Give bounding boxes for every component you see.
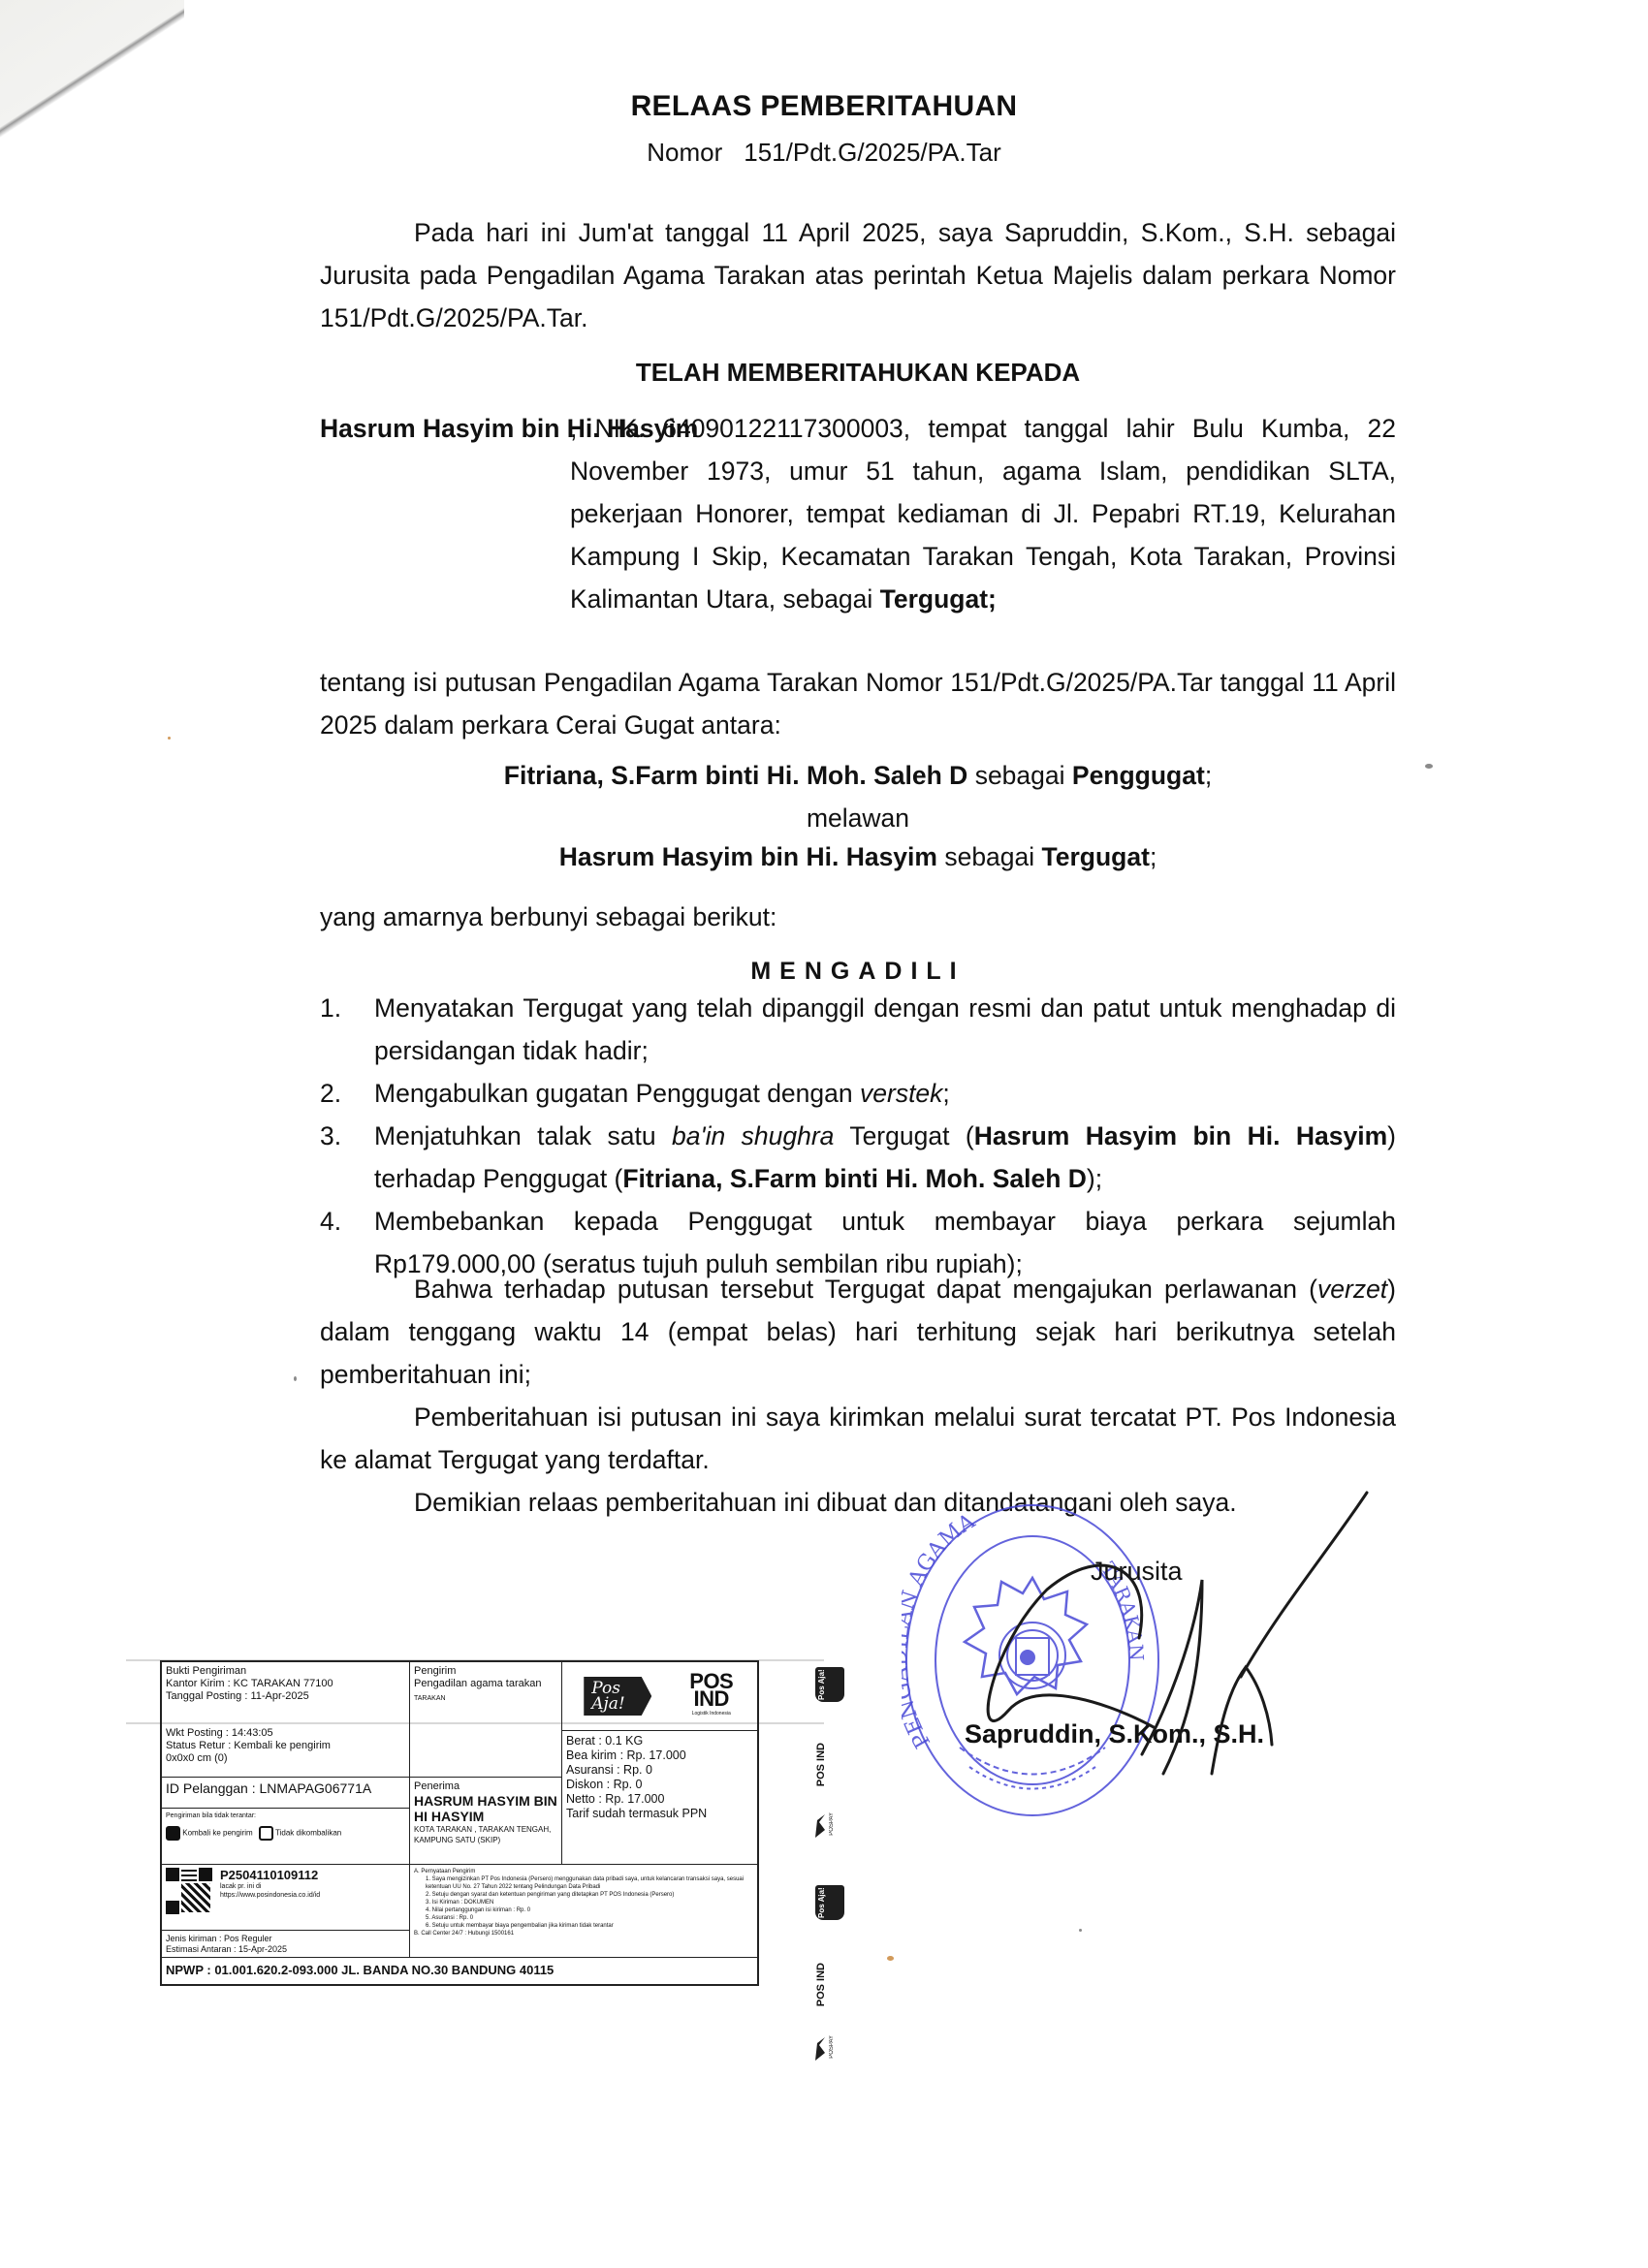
- ruling-bold-name: Fitriana, S.Farm binti Hi. Moh. Saleh D: [622, 1164, 1087, 1193]
- qr-code-icon: [166, 1868, 212, 1914]
- receipt-statement: 5. Asuransi : Rp. 0: [426, 1914, 753, 1922]
- checkbox-empty-icon: [259, 1826, 273, 1841]
- ruling-text-part: Menjatuhkan talak satu: [374, 1121, 672, 1150]
- receipt-tariff-note: Tarif sudah termasuk PPN: [566, 1807, 753, 1821]
- receipt-insurance: Asuransi : Rp. 0: [566, 1763, 753, 1778]
- defendant-role: Tergugat: [1042, 842, 1150, 871]
- scan-speck: [294, 1376, 297, 1381]
- receipt-costs: Berat : 0.1 KG Bea kirim : Rp. 17.000 As…: [561, 1730, 757, 1864]
- rulings-list: 1. Menyatakan Tergugat yang telah dipang…: [320, 987, 1396, 1285]
- receipt-shipping-fee: Bea kirim : Rp. 17.000: [566, 1748, 753, 1763]
- receipt-statements: A. Pernyataan Pengirim 1. Saya mengizink…: [409, 1864, 757, 1957]
- receipt-call-center: B. Call Center 24/7 : Hubungi 1500161: [414, 1930, 753, 1937]
- receipt-statement: 3. Isi Kiriman : DOKUMEN: [426, 1899, 753, 1906]
- ruling-number: 2.: [320, 1072, 374, 1115]
- receipt-sender-city: TARAKAN: [414, 1694, 557, 1703]
- verzet-paragraph: Bahwa terhadap putusan tersebut Tergugat…: [320, 1268, 1396, 1396]
- receipt-kantor-kirim: Kantor Kirim : KC TARAKAN 77100: [166, 1678, 405, 1690]
- handwritten-signature: [911, 1483, 1377, 1793]
- receipt-statement: 1. Saya mengizinkan PT Pos Indonesia (Pe…: [426, 1875, 753, 1891]
- plaintiff-role: Penggugat: [1072, 761, 1205, 790]
- receipt-sender-office: Bukti Pengiriman Kantor Kirim : KC TARAK…: [162, 1662, 409, 1724]
- receipt-customer-id: ID Pelanggan : LNMAPAG06771A: [162, 1777, 409, 1808]
- ruling-text: Menyatakan Tergugat yang telah dipanggil…: [374, 987, 1396, 1072]
- verzet-text: Bahwa terhadap putusan tersebut Tergugat…: [414, 1275, 1317, 1304]
- versus-label: melawan: [320, 797, 1396, 839]
- recipient-block: Hasrum Hasyim bin Hi. Hasyim , NIK. 6409…: [320, 407, 1396, 620]
- pos-ind-logo: POS IND: [687, 1673, 736, 1708]
- scan-speck: [1079, 1929, 1082, 1932]
- receipt-jenis-kiriman: Jenis kiriman : Pos Reguler: [166, 1934, 405, 1944]
- ruling-item: 3. Menjatuhkan talak satu ba'in shughra …: [320, 1115, 1396, 1200]
- about-paragraph: tentang isi putusan Pengadilan Agama Tar…: [320, 661, 1396, 746]
- receipt-tracking: P2504110109112 lacak pr. ini di https://…: [162, 1864, 409, 1930]
- delivery-paragraph: Pemberitahuan isi putusan ini saya kirim…: [320, 1396, 1396, 1481]
- receipt-net: Netto : Rp. 17.000: [566, 1792, 753, 1807]
- pospay-label: POSPAY: [829, 1812, 835, 1836]
- defendant-name: Hasrum Hasyim bin Hi. Hasyim: [559, 842, 937, 871]
- receipt-npwp: NPWP : 01.001.620.2-093.000 JL. BANDA NO…: [162, 1957, 757, 1984]
- ruling-text-part: ;: [942, 1079, 949, 1108]
- case-number-label: Nomor: [647, 138, 722, 167]
- recipient-details: , NIK. 64090122117300003, tempat tanggal…: [570, 407, 1396, 620]
- plaintiff-name: Fitriana, S.Farm binti Hi. Moh. Saleh D: [504, 761, 968, 790]
- pos-ind-logo: POS IND: [815, 1963, 827, 2006]
- case-number-value: 151/Pdt.G/2025/PA.Tar: [744, 138, 1000, 167]
- pos-logo-strip: Pos Aja! POS IND POSPAY Pos Aja! POS IND…: [808, 1667, 856, 2113]
- receipt-dimensions: 0x0x0 cm (0): [166, 1752, 405, 1765]
- ruling-text-part: Tergugat (: [834, 1121, 973, 1150]
- receipt-posting-info: Wkt Posting : 14:43:05 Status Retur : Ke…: [162, 1724, 409, 1777]
- ruling-text-part: );: [1087, 1164, 1102, 1193]
- receipt-header-title: Bukti Pengiriman: [166, 1665, 405, 1678]
- plaintiff-end: ;: [1205, 761, 1212, 790]
- checkbox-checked-icon: [166, 1826, 180, 1841]
- amar-intro: yang amarnya berbunyi sebagai berikut:: [320, 896, 1396, 938]
- notified-heading: TELAH MEMBERITAHUKAN KEPADA: [320, 351, 1396, 394]
- receipt-recipient: Penerima HASRUM HASYIM BIN HI HASYIM KOT…: [409, 1777, 561, 1864]
- pos-aja-logo: Pos Aja!: [815, 1667, 844, 1702]
- receipt-logos: Pos Aja! POS IND Logistik Indonesia: [561, 1662, 757, 1730]
- document-title: RELAAS PEMBERITAHUAN: [0, 90, 1648, 123]
- ruling-italic-term: ba'in shughra: [672, 1121, 834, 1150]
- ruling-bold-name: Hasrum Hasyim bin Hi. Hasyim: [974, 1121, 1387, 1150]
- receipt-statement: 2. Setuju dengan syarat dan ketentuan pe…: [426, 1891, 753, 1899]
- receipt-recipient-name: HASRUM HASYIM BIN HI HASYIM: [414, 1793, 557, 1824]
- pos-aja-logo: Pos Aja!: [584, 1677, 651, 1716]
- scan-speck: [887, 1956, 894, 1961]
- folded-corner: [0, 0, 184, 145]
- receipt-recipient-label: Penerima: [414, 1780, 557, 1793]
- receipt-status-retur: Status Retur : Kembali ke pengirim: [166, 1740, 405, 1752]
- plaintiff-as: sebagai: [967, 761, 1072, 790]
- recipient-name: Hasrum Hasyim bin Hi. Hasyim: [320, 407, 570, 620]
- receipt-tanggal-posting: Tanggal Posting : 11-Apr-2025: [166, 1690, 405, 1703]
- postal-receipt: Bukti Pengiriman Kantor Kirim : KC TARAK…: [160, 1660, 759, 1986]
- pospay-logo: POSPAY: [813, 1812, 827, 1844]
- receipt-recipient-address: KOTA TARAKAN , TARAKAN TENGAH, KAMPUNG S…: [414, 1824, 557, 1845]
- receipt-statement: 6. Setuju untuk membayar biaya pengembal…: [426, 1922, 753, 1930]
- pospay-label: POSPAY: [829, 2035, 835, 2059]
- receipt-sender-label: Pengirim: [414, 1665, 557, 1678]
- pospay-leaf-icon: [813, 1812, 827, 1840]
- pospay-leaf-icon: [813, 2035, 827, 2063]
- ruling-text: Mengabulkan gugatan Penggugat dengan ver…: [374, 1072, 1396, 1115]
- receipt-tracking-url: https://www.posindonesia.co.id/id: [220, 1891, 320, 1900]
- pospay-logo: POSPAY: [813, 2035, 827, 2067]
- plaintiff-line: Fitriana, S.Farm binti Hi. Moh. Saleh D …: [320, 754, 1396, 797]
- scan-speck: [168, 737, 171, 740]
- receipt-statement: 4. Nilai pertanggungan isi kiriman : Rp.…: [426, 1906, 753, 1914]
- opening-paragraph: Pada hari ini Jum'at tanggal 11 April 20…: [320, 211, 1396, 339]
- defendant-as: sebagai: [937, 842, 1042, 871]
- receipt-tracking-number: P2504110109112: [220, 1868, 320, 1882]
- receipt-estimasi: Estimasi Antaran : 15-Apr-2025: [166, 1944, 405, 1955]
- ruling-text-part: Mengabulkan gugatan Penggugat dengan: [374, 1079, 860, 1108]
- receipt-tracking-note: lacak pr. ini di: [220, 1882, 320, 1891]
- pos-ind-tagline: Logistik Indonesia: [687, 1708, 736, 1720]
- receipt-option-return: Kombali ke pengirim: [182, 1829, 252, 1838]
- ruling-number: 3.: [320, 1115, 374, 1200]
- pos-ind-logo: POS IND: [815, 1743, 827, 1786]
- recipient-role: Tergugat;: [880, 584, 997, 614]
- defendant-line: Hasrum Hasyim bin Hi. Hasyim sebagai Ter…: [320, 835, 1396, 878]
- verzet-term: verzet: [1317, 1275, 1387, 1304]
- defendant-end: ;: [1150, 842, 1157, 871]
- ruling-text: Menjatuhkan talak satu ba'in shughra Ter…: [374, 1115, 1396, 1200]
- ruling-italic-term: verstek: [860, 1079, 942, 1108]
- pos-aja-logo: Pos Aja!: [815, 1885, 844, 1920]
- case-number: Nomor151/Pdt.G/2025/PA.Tar: [0, 138, 1648, 168]
- receipt-discount: Diskon : Rp. 0: [566, 1778, 753, 1792]
- receipt-statement-title: A. Pernyataan Pengirim: [414, 1868, 753, 1875]
- receipt-sender-name: Pengadilan agama tarakan: [414, 1678, 557, 1690]
- ruling-number: 1.: [320, 987, 374, 1072]
- receipt-weight: Berat : 0.1 KG: [566, 1734, 753, 1748]
- receipt-undeliverable: Pengiriman bila tidak terantar: Kombali …: [162, 1808, 409, 1864]
- receipt-option-no-return: Tidak dikombalikan: [275, 1829, 341, 1838]
- ruling-item: 1. Menyatakan Tergugat yang telah dipang…: [320, 987, 1396, 1072]
- receipt-sender: Pengirim Pengadilan agama tarakan TARAKA…: [409, 1662, 561, 1777]
- receipt-wkt-posting: Wkt Posting : 14:43:05: [166, 1727, 405, 1740]
- receipt-undeliverable-label: Pengiriman bila tidak terantar:: [166, 1811, 405, 1820]
- receipt-shipment-type: Jenis kiriman : Pos Reguler Estimasi Ant…: [162, 1930, 409, 1957]
- scan-speck: [1425, 764, 1433, 769]
- ruling-item: 2. Mengabulkan gugatan Penggugat dengan …: [320, 1072, 1396, 1115]
